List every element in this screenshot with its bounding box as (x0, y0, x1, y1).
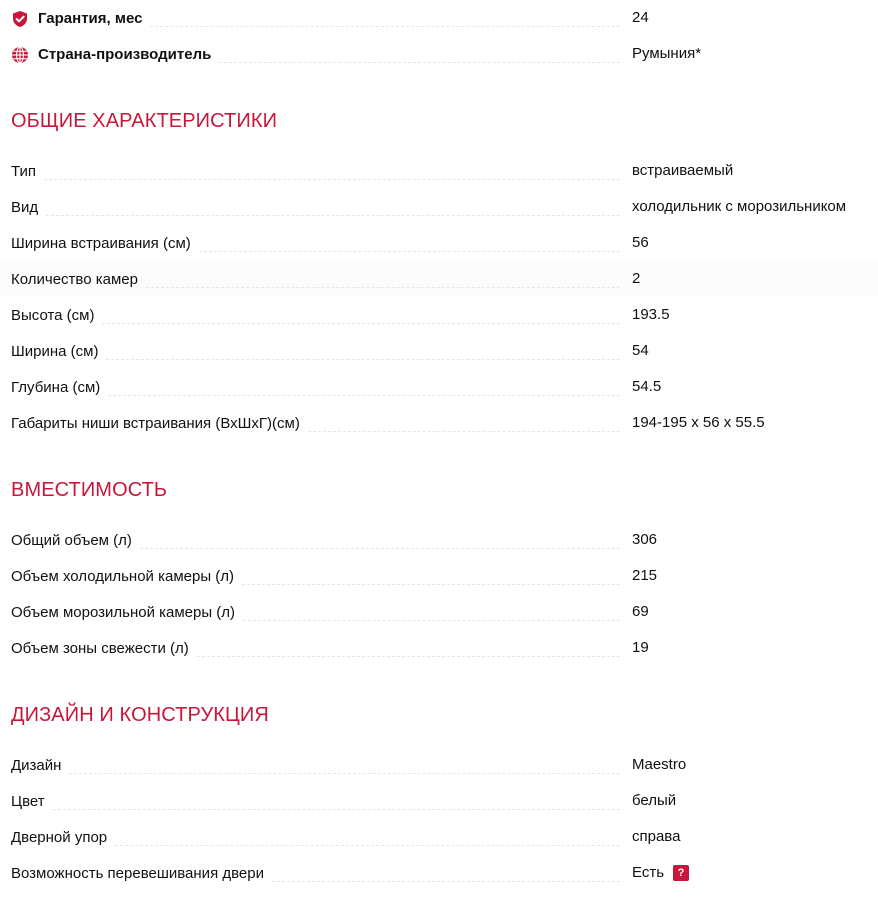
spec-label: Объем холодильной камеры (л) (11, 568, 234, 586)
spec-label-wrap: Высота (см) (0, 305, 620, 325)
spec-row: Ширина встраивания (см) 56 (0, 225, 878, 261)
spec-row: Общий объем (л) 306 (0, 522, 878, 558)
spec-label: Количество камер (11, 271, 138, 289)
spec-label: Объем морозильной камеры (л) (11, 604, 235, 622)
spec-row: Количество камер 2 (0, 261, 878, 297)
spec-label: Высота (см) (11, 307, 94, 325)
dotted-leader (102, 323, 620, 324)
spec-label: Страна-производитель (38, 46, 211, 64)
shield-check-icon (11, 10, 29, 28)
spec-value: 19 (632, 639, 649, 657)
spec-row: Дизайн Maestro (0, 747, 878, 783)
spec-label-wrap: Цвет (0, 791, 620, 811)
spec-label-wrap: Дверной упор (0, 827, 620, 847)
spec-label: Цвет (11, 793, 45, 811)
spec-label-wrap: Общий объем (л) (0, 530, 620, 550)
dotted-leader (69, 773, 620, 774)
spec-label: Возможность перевешивания двери (11, 865, 264, 883)
spec-value: холодильник с морозильником (632, 198, 846, 216)
spec-value: 215 (632, 567, 657, 585)
spec-label: Вид (11, 199, 38, 217)
spec-label: Габариты ниши встраивания (ВхШхГ)(см) (11, 415, 300, 433)
dotted-leader (150, 26, 620, 27)
spec-label-wrap: Гарантия, мес (0, 8, 620, 28)
dotted-leader (115, 845, 620, 846)
spec-label: Ширина встраивания (см) (11, 235, 191, 253)
spec-row: Объем зоны свежести (л) 19 (0, 630, 878, 666)
spec-label-wrap: Ширина (см) (0, 341, 620, 361)
dotted-leader (106, 359, 620, 360)
spec-value: 193.5 (632, 306, 670, 324)
spec-row: Тип встраиваемый (0, 153, 878, 189)
dotted-leader (219, 62, 620, 63)
spec-row: Объем холодильной камеры (л) 215 (0, 558, 878, 594)
spec-label-wrap: Дизайн (0, 755, 620, 775)
spec-label-wrap: Количество камер (0, 269, 620, 289)
spec-value: 54 (632, 342, 649, 360)
spec-row-country: Страна-производитель Румыния* (0, 36, 878, 72)
globe-icon (11, 46, 29, 64)
spec-row: Объем морозильной камеры (л) 69 (0, 594, 878, 630)
help-question-icon[interactable]: ? (673, 865, 689, 881)
spec-label-wrap: Габариты ниши встраивания (ВхШхГ)(см) (0, 413, 620, 433)
spec-value: 194-195 x 56 x 55.5 (632, 414, 765, 432)
spec-label: Дизайн (11, 757, 61, 775)
spec-value: справа (632, 828, 680, 846)
spec-label: Общий объем (л) (11, 532, 132, 550)
spec-label: Глубина (см) (11, 379, 100, 397)
dotted-leader (243, 620, 620, 621)
spec-value-with-help: Есть ? (632, 864, 689, 882)
spec-label: Объем зоны свежести (л) (11, 640, 189, 658)
spec-value: Есть (632, 864, 664, 882)
spec-row: Возможность перевешивания двери Есть ? (0, 855, 878, 891)
spec-label: Дверной упор (11, 829, 107, 847)
spec-value: Maestro (632, 756, 686, 774)
spec-label: Тип (11, 163, 36, 181)
dotted-leader (242, 584, 620, 585)
spec-row: Вид холодильник с морозильником (0, 189, 878, 225)
spec-value: 56 (632, 234, 649, 252)
spec-label-wrap: Объем холодильной камеры (л) (0, 566, 620, 586)
spec-row: Цвет белый (0, 783, 878, 819)
spec-row-warranty: Гарантия, мес 24 (0, 0, 878, 36)
spec-label-wrap: Глубина (см) (0, 377, 620, 397)
section-title-capacity: ВМЕСТИМОСТЬ (11, 479, 167, 502)
spec-row: Ширина (см) 54 (0, 333, 878, 369)
dotted-leader (272, 881, 620, 882)
spec-label-wrap: Тип (0, 161, 620, 181)
spec-row: Габариты ниши встраивания (ВхШхГ)(см) 19… (0, 405, 878, 441)
dotted-leader (146, 287, 620, 288)
spec-row: Высота (см) 193.5 (0, 297, 878, 333)
spec-row: Глубина (см) 54.5 (0, 369, 878, 405)
spec-label-wrap: Ширина встраивания (см) (0, 233, 620, 253)
spec-label: Ширина (см) (11, 343, 98, 361)
spec-value: Румыния* (632, 45, 701, 63)
spec-label-wrap: Объем зоны свежести (л) (0, 638, 620, 658)
dotted-leader (308, 431, 620, 432)
dotted-leader (140, 548, 620, 549)
dotted-leader (44, 179, 620, 180)
dotted-leader (108, 395, 620, 396)
spec-value: 306 (632, 531, 657, 549)
spec-label-wrap: Страна-производитель (0, 44, 620, 64)
spec-value: 69 (632, 603, 649, 621)
section-title-design: ДИЗАЙН И КОНСТРУКЦИЯ (11, 704, 269, 727)
spec-value: 24 (632, 9, 649, 27)
spec-label-wrap: Вид (0, 197, 620, 217)
spec-value: 2 (632, 270, 640, 288)
spec-row: Дверной упор справа (0, 819, 878, 855)
spec-value: белый (632, 792, 676, 810)
dotted-leader (53, 809, 620, 810)
spec-label: Гарантия, мес (38, 10, 142, 28)
dotted-leader (46, 215, 620, 216)
spec-value: встраиваемый (632, 162, 733, 180)
dotted-leader (199, 251, 620, 252)
spec-label-wrap: Возможность перевешивания двери (0, 863, 620, 883)
dotted-leader (197, 656, 620, 657)
spec-value: 54.5 (632, 378, 661, 396)
spec-label-wrap: Объем морозильной камеры (л) (0, 602, 620, 622)
section-title-general: ОБЩИЕ ХАРАКТЕРИСТИКИ (11, 110, 277, 133)
